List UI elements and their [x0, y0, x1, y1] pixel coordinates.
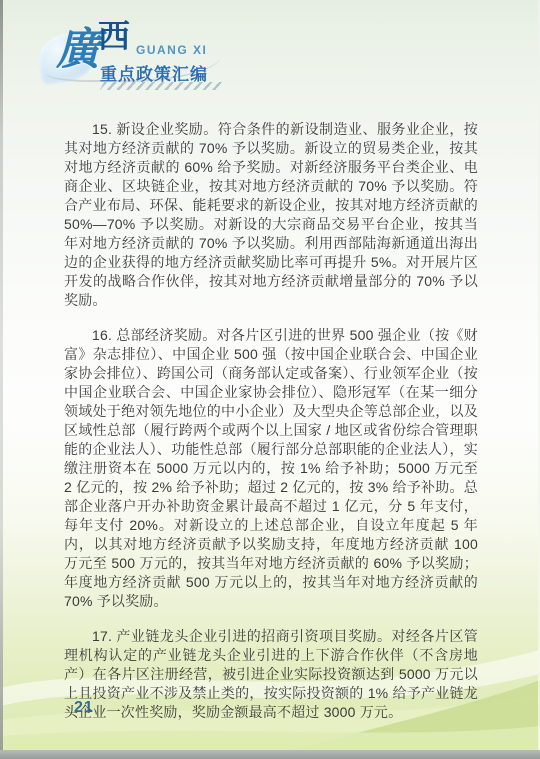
- paragraph-16: 16. 总部经济奖励。对各片区引进的世界 500 强企业（按《财富》杂志排位）、…: [64, 326, 478, 611]
- page-left-edge: [0, 0, 3, 759]
- guangxi-policy-logo: 廣 西 GUANG XI 重点政策汇编: [38, 24, 228, 96]
- paragraph-15: 15. 新设企业奖励。符合条件的新设制造业、服务业企业，按其对地方经济贡献的 7…: [64, 120, 478, 310]
- document-page: 廣 西 GUANG XI 重点政策汇编 15. 新设企业奖励。符合条件的新设制造…: [0, 0, 540, 759]
- page-bottom-bar: [0, 750, 540, 759]
- logo-char-xi: 西: [98, 20, 130, 52]
- logo-char-guang: 廣: [56, 28, 100, 72]
- document-body: 15. 新设企业奖励。符合条件的新设制造业、服务业企业，按其对地方经济贡献的 7…: [64, 120, 478, 738]
- page-number: 21: [74, 699, 94, 717]
- paragraph-17: 17. 产业链龙头企业引进的招商引资项目奖励。对经各片区管理机构认定的产业链龙头…: [64, 627, 478, 722]
- logo-latin-name: GUANG XI: [136, 43, 207, 57]
- logo-hatched-stripes: [100, 82, 222, 90]
